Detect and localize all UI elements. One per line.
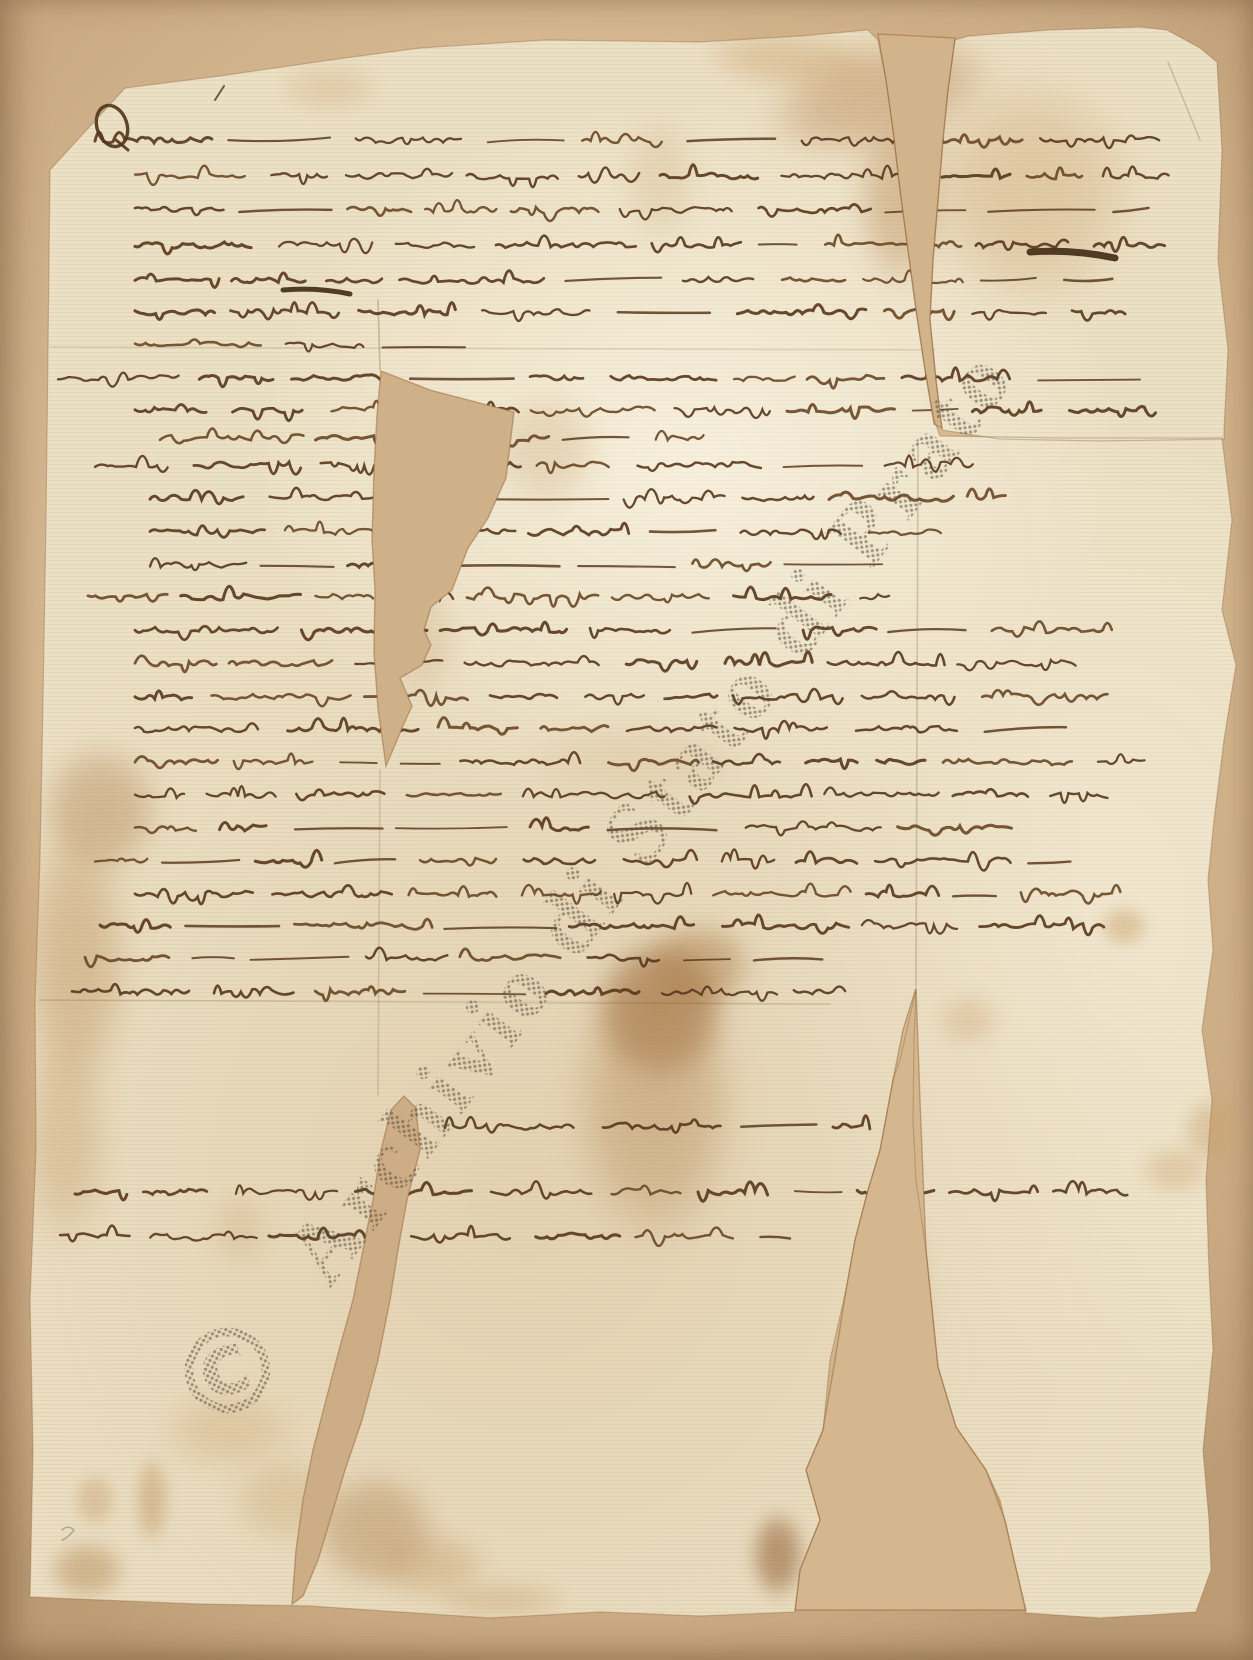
stain-blob bbox=[47, 1540, 127, 1600]
stain-blob bbox=[520, 720, 760, 800]
stain-blob bbox=[620, 110, 700, 250]
stain-blob bbox=[1140, 1145, 1210, 1195]
stain-blob bbox=[310, 1470, 440, 1590]
stain-blob bbox=[698, 22, 883, 97]
stain-blob bbox=[1182, 1095, 1242, 1165]
stain-blob bbox=[592, 935, 728, 1085]
stain-blob bbox=[38, 742, 162, 878]
stain-blob bbox=[370, 1530, 490, 1600]
stain-blob bbox=[134, 1455, 170, 1545]
stain-blob bbox=[750, 11, 1010, 179]
stain-blob bbox=[380, 580, 460, 700]
stain-blob bbox=[20, 820, 130, 1100]
stain-blob bbox=[750, 1510, 806, 1600]
stain-blob bbox=[490, 390, 600, 510]
stain-blob bbox=[160, 1390, 300, 1470]
manuscript-scan: Archivio di Stato di Prato © bbox=[0, 0, 1253, 1660]
stain-blob bbox=[73, 1472, 117, 1528]
stain-blob bbox=[936, 992, 1000, 1048]
stain-blob bbox=[230, 1455, 340, 1545]
stain-blob bbox=[920, 70, 1140, 310]
stain-blob bbox=[1098, 904, 1150, 948]
stain-blob bbox=[210, 1190, 270, 1270]
stain-blob bbox=[430, 1580, 570, 1620]
stain-blob bbox=[855, 110, 945, 290]
stain-blob bbox=[20, 1030, 110, 1250]
stain-blob bbox=[570, 950, 740, 1250]
stain-blob bbox=[880, 1220, 930, 1380]
stain-layer bbox=[0, 0, 1253, 1660]
stain-blob bbox=[275, 63, 385, 113]
stain-blob bbox=[645, 920, 755, 1010]
